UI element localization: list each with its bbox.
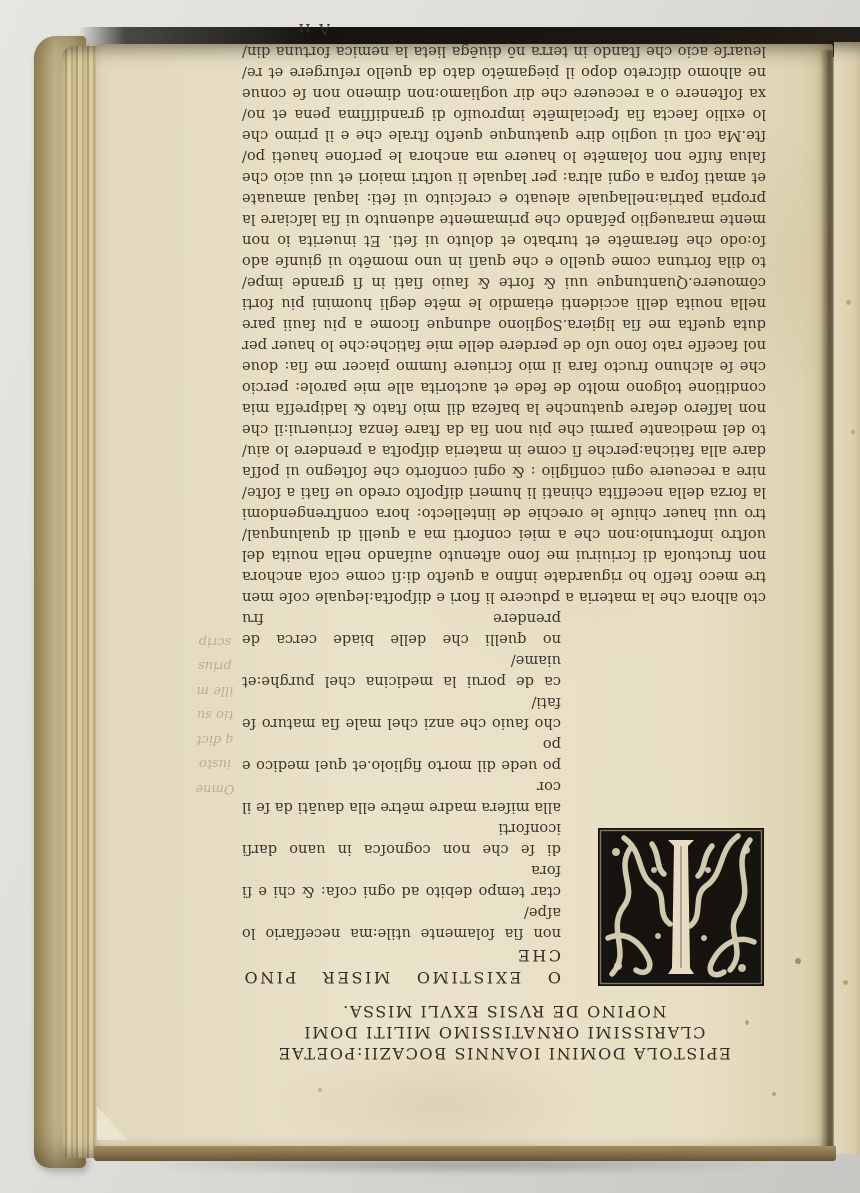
text-line: NOPINO DE RVSIS EXVLI MISSA. <box>242 1001 766 1022</box>
text-line: tio su <box>190 702 240 727</box>
text-line: alla miſera madre mētre ella dauāti da ſ… <box>242 776 561 818</box>
text-line: iusto <box>190 751 240 776</box>
text-line: Omne <box>190 776 240 801</box>
printed-text-block-rotated: EPISTOLA DOMINI IOANNIS BOCAZII:POETAECL… <box>242 200 766 1064</box>
text-line: ne alhomo diſcreto dopo il piegamēto dat… <box>242 62 766 83</box>
text-line: ctar tempo debito ad ogni coſa: & chi e … <box>242 860 561 902</box>
text-line: cōmouere.Quantunque uui & forte & ſauio … <box>242 272 766 293</box>
book-cast-shadow <box>58 1158 858 1180</box>
woodcut-initial-I <box>598 828 764 986</box>
text-line: no quelli che delle biade cerca de prend… <box>242 608 561 650</box>
epistle-heading: EPISTOLA DOMINI IOANNIS BOCAZII:POETAECL… <box>242 1001 766 1064</box>
text-line: po uede dil morto figliolo.et quel medic… <box>242 734 561 776</box>
page-edges-stack <box>62 46 100 1158</box>
text-line: to del medicante parmi che piu non ſia d… <box>242 419 766 440</box>
text-line: nire a receuere ogni conſiglio : & ogni … <box>242 461 766 482</box>
facing-page-edge <box>834 42 860 1154</box>
text-line: q dict <box>190 727 240 752</box>
text-line: scrip <box>190 629 240 654</box>
text-line: ſalua fuſſe non ſolamēte lo hauere ma an… <box>242 146 766 167</box>
text-line: cho ſauio che anzi chel male ſia maturo … <box>242 692 561 734</box>
text-line: prius <box>190 653 240 678</box>
quire-signature: A ii <box>242 19 330 39</box>
text-line: lo exilio ſaecta ſia ſpecialmēte improui… <box>242 104 766 125</box>
text-line: nol faceſſe rato ſono uſo de perdere del… <box>242 335 766 356</box>
text-line: mente maraueglio pēſando che primamente … <box>242 209 766 230</box>
text-line: nella nouita delli accidenti etiamdio le… <box>242 293 766 314</box>
body-text: O EXISTIMO MISER PINO CHE non ſia ſolame… <box>242 19 766 988</box>
text-line: tro uui hauer chiuſe le orechie de linte… <box>242 503 766 524</box>
text-line: propria patria:nellaquale aleuato e creſ… <box>242 188 766 209</box>
incipit-line: O EXISTIMO MISER PINO CHE <box>242 944 561 988</box>
text-line: to dila fortuna come quello e che quaſi … <box>242 251 766 272</box>
narrow-lines: non ſia ſolamente utile:ma neceſſario lo… <box>242 608 561 944</box>
text-line: non ſia ſolamente utile:ma neceſſario lo… <box>242 902 561 944</box>
text-line: duta queſta me ſia ligiera.Sogliono adun… <box>242 314 766 335</box>
text-line: cto alhora che la materia a pducere li f… <box>242 587 766 608</box>
text-line: la forza della neceſſita chinati li hume… <box>242 482 766 503</box>
incipit-paragraph: O EXISTIMO MISER PINO CHE non ſia ſolame… <box>242 608 561 988</box>
text-line: non fructuoſa di ſcriuirui me ſono aſten… <box>242 545 766 566</box>
text-line: ſte.Ma coſi ui uoglio dire quatunque que… <box>242 125 766 146</box>
text-line: uoſtro infortunio:non che a miei confort… <box>242 524 766 545</box>
full-width-lines: cto alhora che la materia a pducere li f… <box>242 41 766 608</box>
text-line: EPISTOLA DOMINI IOANNIS BOCAZII:POETAE <box>242 1043 766 1064</box>
text-line: ca de porui la medicina chel purghe:et u… <box>242 650 561 692</box>
foxing-spot <box>318 1088 322 1092</box>
text-line: conditione tolgono molto de fede et auct… <box>242 377 766 398</box>
text-line: che ſe alchuno fructo fara il mio ſcriue… <box>242 356 766 377</box>
handwritten-marginalia: Omneiustoq dicttio suille mpriusscrip <box>190 624 240 800</box>
foxing-spot <box>843 980 848 985</box>
text-line: leuarſe acio che ſtando in terra nō diuē… <box>242 41 766 62</box>
text-line: ille m <box>190 678 240 703</box>
text-line: et amati ſopra a ogni altra: per laquale… <box>242 167 766 188</box>
foxing-spot <box>846 300 851 305</box>
foxing-spot <box>851 430 855 434</box>
text-line: non laſſero defare quatunche la baſeza d… <box>242 398 766 419</box>
text-line: tre meco ſteſſo ho riguardate infino a q… <box>242 566 766 587</box>
text-line: di ſe che non cognoſca in uano darſi ico… <box>242 818 561 860</box>
foxing-spot <box>772 1092 776 1096</box>
foxing-spot <box>795 958 801 964</box>
text-line: xa ſoſtenere o a receuere che dir uoglia… <box>242 83 766 104</box>
text-line: dare alla faticha:perche ſi come in mate… <box>242 440 766 461</box>
text-line: CLARISSIMI ORNATISSIMO MILITI DOMI <box>242 1022 766 1043</box>
text-line: ſo:odo che fieramēte et turbato et dolut… <box>242 230 766 251</box>
